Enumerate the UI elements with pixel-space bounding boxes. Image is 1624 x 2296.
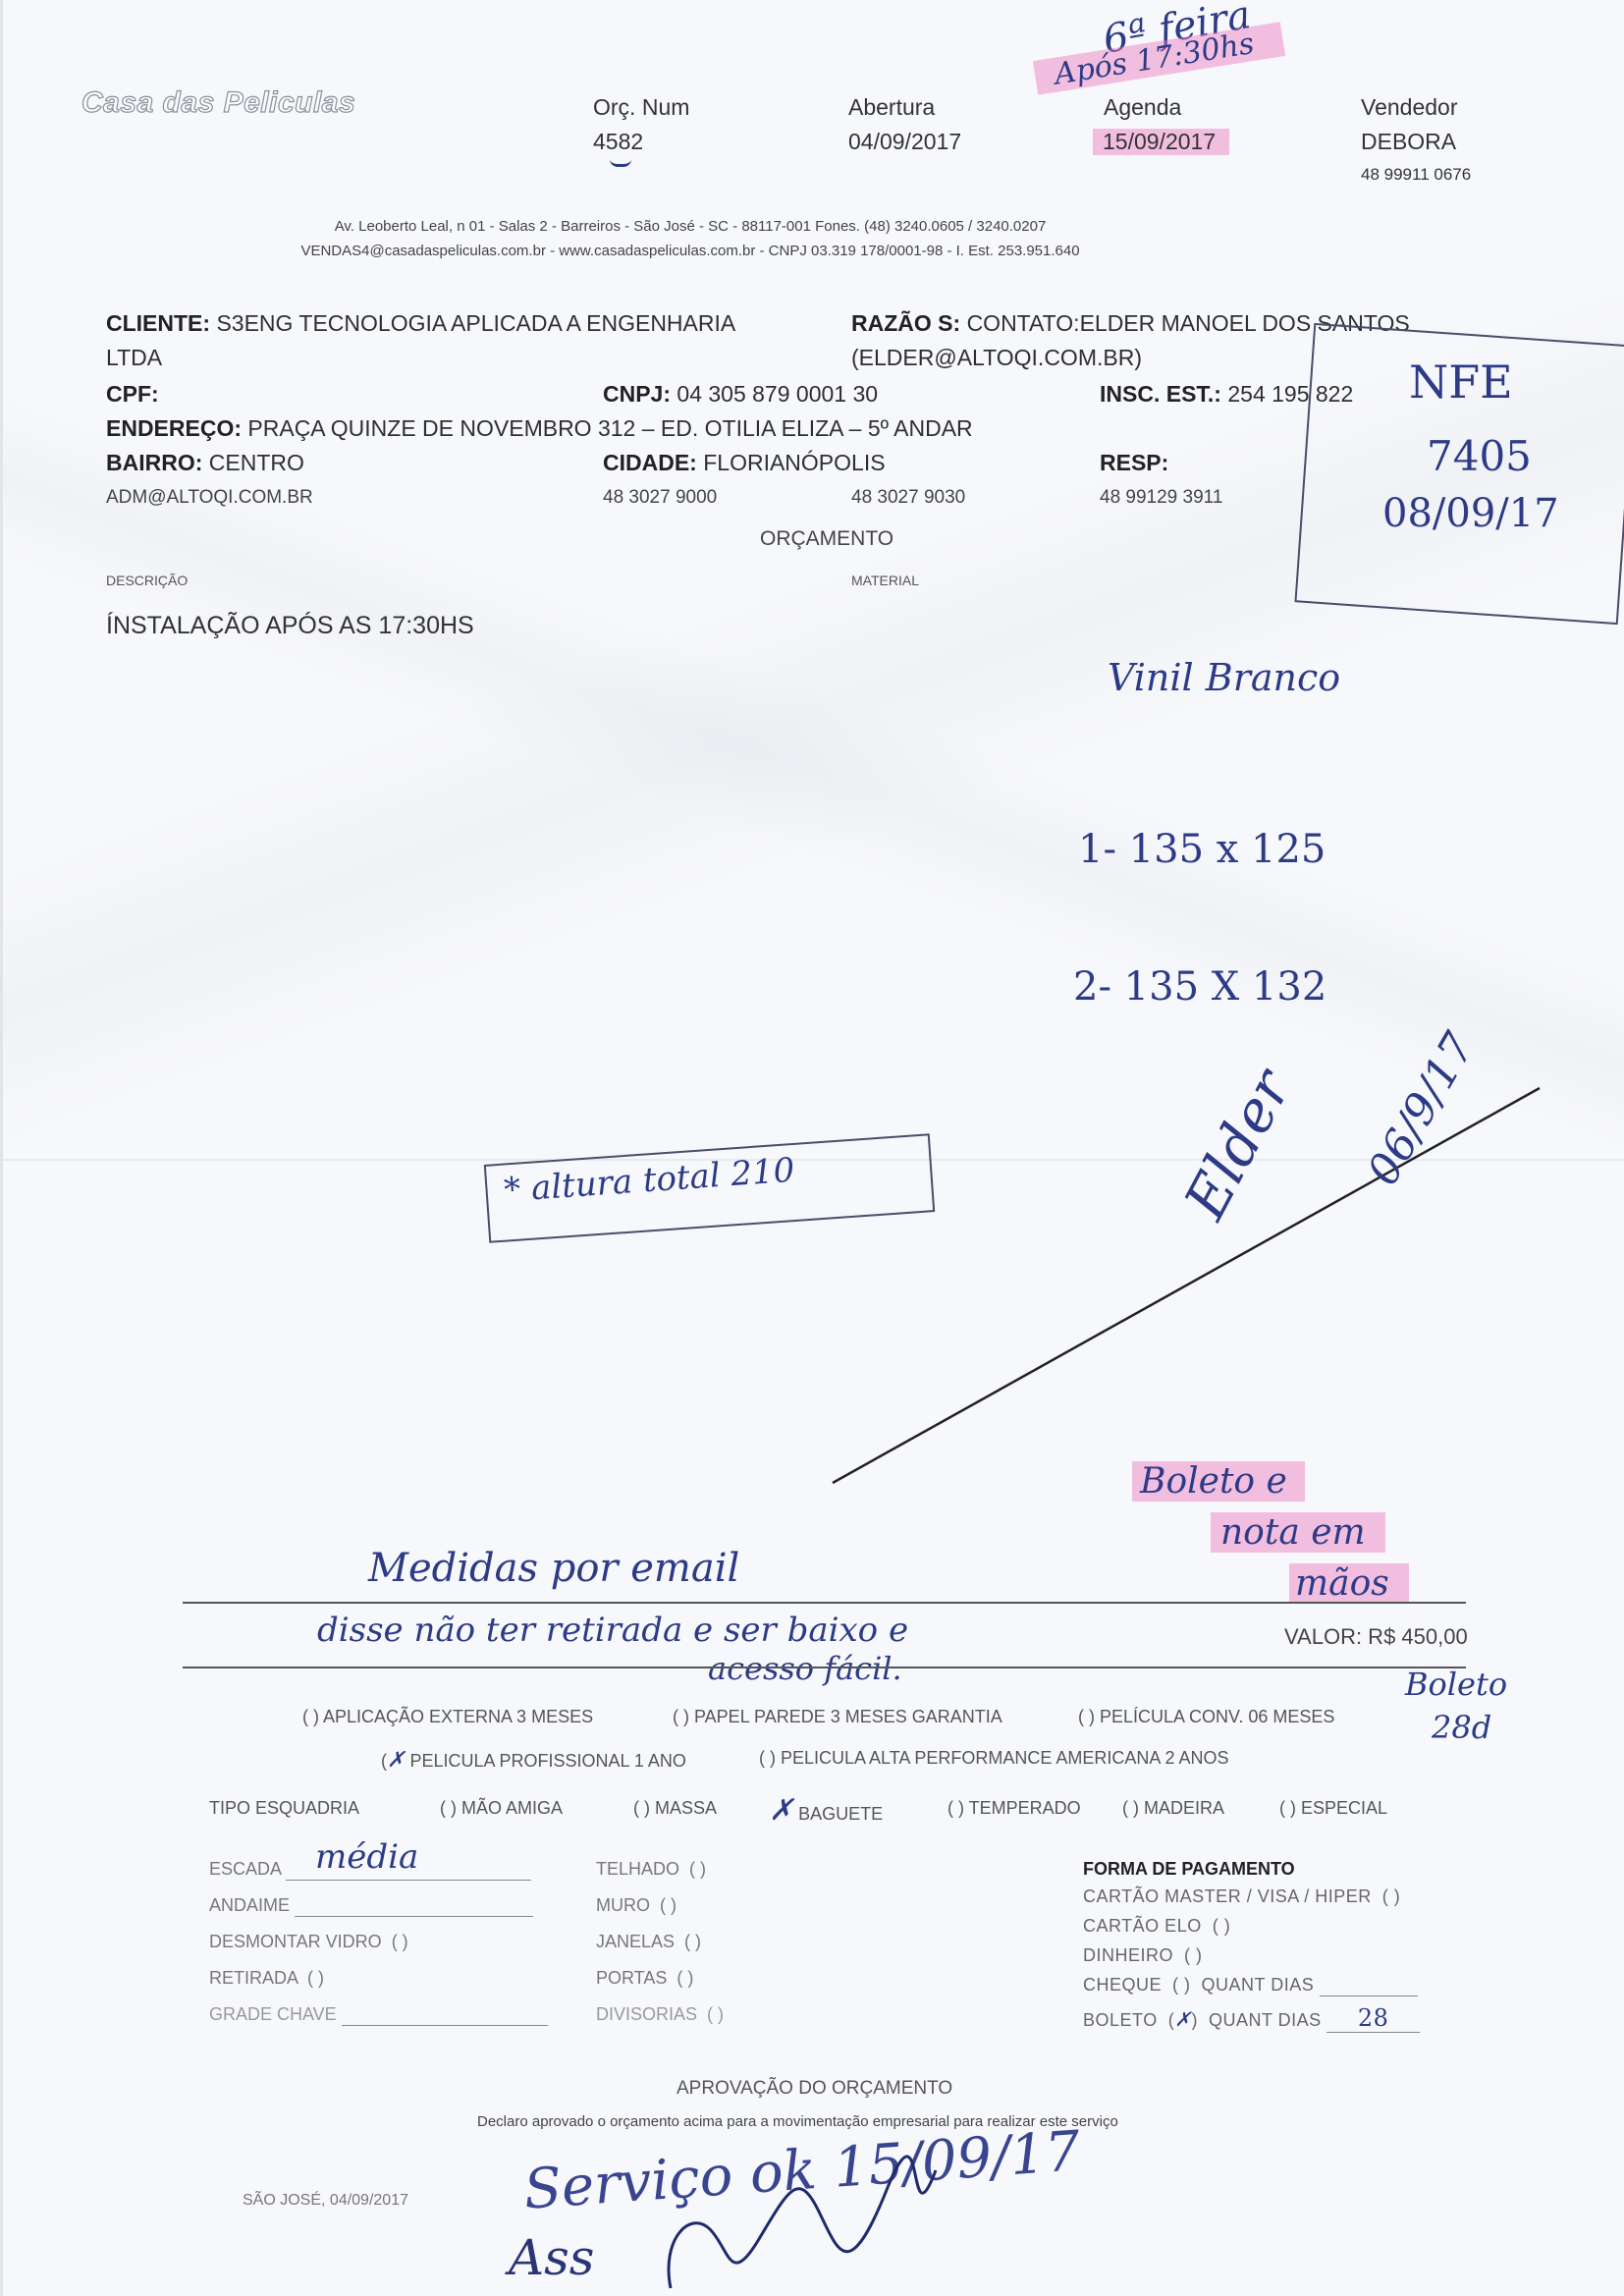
approval-signature [651,2151,1024,2296]
valor-total: VALOR: R$ 450,00 [1284,1624,1468,1650]
cheque-days-input[interactable] [1320,1975,1418,1996]
abertura-value: 04/09/2017 [848,129,961,155]
extra-retirada[interactable]: RETIRADA ( ) [209,1968,324,1989]
option-aplicacao-externa[interactable]: ( ) APLICAÇÃO EXTERNA 3 MESES [302,1707,593,1727]
cliente-field: CLIENTE: S3ENG TECNOLOGIA APLICADA A ENG… [106,310,735,337]
cpf-field: CPF: [106,381,159,408]
payment-cartao-elo[interactable]: CARTÃO ELO ( ) [1083,1916,1230,1937]
cancel-diagonal-line [828,1080,1544,1493]
escada-input[interactable]: média [286,1859,531,1881]
tipo-madeira[interactable]: ( ) MADEIRA [1122,1798,1224,1819]
client-phone-1: 48 3027 9000 [603,487,717,509]
nfe-number: 7405 [1427,432,1532,480]
boleto-days-input[interactable]: 28 [1326,2004,1420,2033]
boleto-side-note: Boleto [1405,1666,1507,1703]
tipo-temperado[interactable]: ( ) TEMPERADO [947,1798,1081,1819]
razao-social-email: (ELDER@ALTOQI.COM.BR) [851,345,1142,371]
option-papel-parede[interactable]: ( ) PAPEL PAREDE 3 MESES GARANTIA [673,1707,1002,1727]
orcamento-title: ORÇAMENTO [760,527,893,551]
boleto-note-line-2: nota em [1211,1512,1385,1553]
access-note-line-1: disse não ter retirada e ser baixo e [317,1611,908,1650]
orc-num-label: Orç. Num [593,94,689,121]
resp-field: RESP: [1100,450,1168,476]
option-pelicula-alta-performance[interactable]: ( ) PELICULA ALTA PERFORMANCE AMERICANA … [759,1748,1228,1769]
cnpj-field: CNPJ: 04 305 879 0001 30 [603,381,878,408]
client-phone-2: 48 3027 9030 [851,487,965,509]
payment-title: FORMA DE PAGAMENTO [1083,1859,1295,1880]
check-mark-icon: ✗ [769,1793,793,1828]
payment-dinheiro[interactable]: DINHEIRO ( ) [1083,1945,1203,1966]
boleto-note-line-1: Boleto e [1132,1461,1305,1502]
payment-cartao-master[interactable]: CARTÃO MASTER / VISA / HIPER ( ) [1083,1886,1400,1907]
medidas-note: Medidas por email [368,1546,739,1591]
vendedor-label: Vendedor [1361,94,1457,121]
client-phone-3: 48 99129 3911 [1100,487,1222,509]
tipo-mao-amiga[interactable]: ( ) MÃO AMIGA [440,1798,563,1819]
approval-signature-label: Ass [509,2229,594,2286]
extra-andaime: ANDAIME [209,1895,533,1917]
option-pelicula-profissional[interactable]: (✗ PELICULA PROFISSIONAL 1 ANO [381,1748,686,1773]
client-email: ADM@ALTOQI.COM.BR [106,487,313,509]
check-mark-icon: ✗ [387,1748,405,1773]
extra-escada: ESCADA média [209,1859,531,1881]
grade-chave-input[interactable] [342,2004,548,2026]
handwritten-mark [610,159,631,167]
tipo-esquadria-label: TIPO ESQUADRIA [209,1798,359,1819]
extra-muro[interactable]: MURO ( ) [596,1895,677,1916]
quote-document-page: Casa das Peliculas Orç. Num 4582 Abertur… [0,0,1624,2296]
extra-telhado[interactable]: TELHADO ( ) [596,1859,706,1880]
vendedor-value: DEBORA [1361,129,1456,155]
item-2-dimensions: 2- 135 X 132 [1073,964,1326,1010]
check-mark-icon: ✗ [1174,2007,1191,2031]
divider-line-2 [183,1667,1466,1668]
approval-title: APROVAÇÃO DO ORÇAMENTO [677,2078,952,2100]
extra-desmontar-vidro[interactable]: DESMONTAR VIDRO ( ) [209,1932,408,1952]
tipo-especial[interactable]: ( ) ESPECIAL [1279,1798,1387,1819]
item-1-dimensions: 1- 135 x 125 [1078,827,1326,872]
payment-cheque[interactable]: CHEQUE ( ) QUANT DIAS [1083,1975,1418,1996]
tipo-baguete[interactable]: ✗ BAGUETE [769,1793,883,1828]
extra-portas[interactable]: PORTAS ( ) [596,1968,693,1989]
option-pelicula-conv[interactable]: ( ) PELÍCULA CONV. 06 MESES [1078,1707,1334,1727]
descricao-label: DESCRIÇÃO [106,573,188,588]
company-address: Av. Leoberto Leal, n 01 - Salas 2 - Barr… [3,218,1378,235]
material-label: MATERIAL [851,573,919,588]
endereco-field: ENDEREÇO: PRAÇA QUINZE DE NOVEMBRO 312 –… [106,415,973,442]
company-contact: VENDAS4@casadaspeliculas.com.br - www.ca… [3,243,1378,259]
extra-grade-chave: GRADE CHAVE [209,2004,548,2026]
payment-boleto[interactable]: BOLETO (✗) QUANT DIAS 28 [1083,2004,1420,2033]
bairro-field: BAIRRO: CENTRO [106,450,304,476]
cidade-field: CIDADE: FLORIANÓPOLIS [603,450,886,476]
approval-place-date: SÃO JOSÉ, 04/09/2017 [243,2192,408,2210]
abertura-label: Abertura [848,94,935,121]
agenda-label: Agenda [1104,94,1181,121]
divider-line-1 [183,1602,1466,1604]
company-logo: Casa das Peliculas [81,86,355,120]
descricao-value: ÍNSTALAÇÃO APÓS AS 17:30HS [106,612,474,640]
orc-num-value: 4582 [593,129,643,155]
boleto-note-line-3: mãos [1289,1563,1409,1604]
extra-janelas[interactable]: JANELAS ( ) [596,1932,701,1952]
nfe-label: NFE [1409,355,1513,409]
boleto-days-side-note: 28d [1432,1709,1491,1746]
andaime-input[interactable] [295,1895,533,1917]
cliente-field-cont: LTDA [106,345,162,371]
extra-divisorias[interactable]: DIVISORIAS ( ) [596,2004,724,2025]
nfe-date: 08/09/17 [1382,491,1559,536]
material-handwritten: Vinil Branco [1108,656,1340,699]
access-note-line-2: acesso fácil. [708,1650,902,1687]
vendedor-phone: 48 99911 0676 [1361,165,1471,185]
tipo-massa[interactable]: ( ) MASSA [633,1798,717,1819]
agenda-value: 15/09/2017 [1093,129,1229,155]
